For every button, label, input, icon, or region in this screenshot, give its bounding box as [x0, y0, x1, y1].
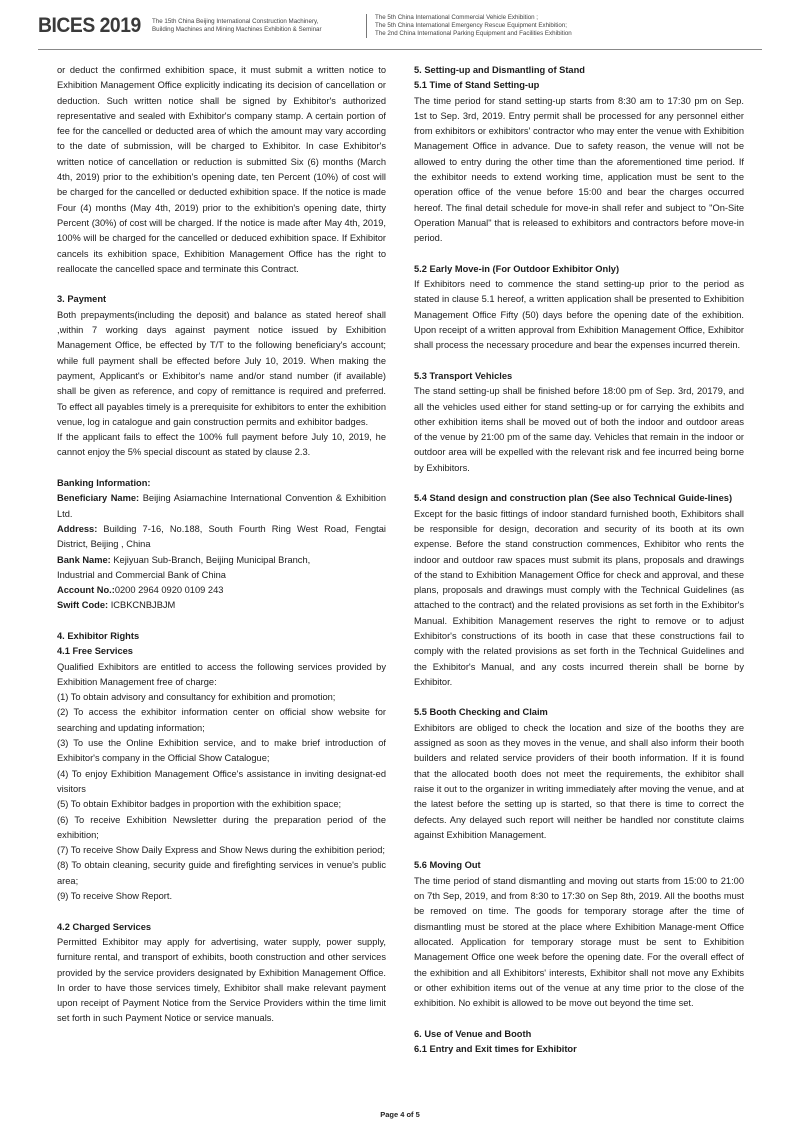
left-column: or deduct the confirmed exhibition space…: [57, 63, 386, 1027]
section-heading-payment: 3. Payment: [57, 292, 386, 307]
list-item: (7) To receive Show Daily Express and Sh…: [57, 843, 386, 858]
payment-paragraph: Both prepayments(including the deposit) …: [57, 308, 386, 430]
list-item: (3) To use the Online Exhibition service…: [57, 736, 386, 767]
section-heading-setup: 5. Setting-up and Dismantling of Stand: [414, 63, 744, 78]
paragraph-5-2: If Exhibitors need to commence the stand…: [414, 277, 744, 353]
list-item: (4) To enjoy Exhibition Management Offic…: [57, 767, 386, 798]
list-item: (8) To obtain cleaning, security guide a…: [57, 858, 386, 889]
free-services-intro: Qualified Exhibitors are entitled to acc…: [57, 660, 386, 691]
banking-heading: Banking Information:: [57, 476, 386, 491]
list-item: (9) To receive Show Report.: [57, 889, 386, 904]
subsection-heading-5-1: 5.1 Time of Stand Setting-up: [414, 78, 744, 93]
beneficiary-line: Beneficiary Name: Beijing Asiamachine In…: [57, 491, 386, 522]
list-item: (6) To receive Exhibition Newsletter dur…: [57, 813, 386, 844]
subsection-heading-6-1: 6.1 Entry and Exit times for Exhibitor: [414, 1042, 744, 1057]
right-column: 5. Setting-up and Dismantling of Stand 5…: [414, 63, 744, 1057]
bank-name-line-2: Industrial and Commercial Bank of China: [57, 568, 386, 583]
paragraph-5-1: The time period for stand setting-up sta…: [414, 94, 744, 247]
page-number: Page 4 of 5: [0, 1110, 800, 1119]
payment-discount-paragraph: If the applicant fails to effect the 100…: [57, 430, 386, 461]
list-item: (1) To obtain advisory and consultancy f…: [57, 690, 386, 705]
brand-logo: BICES 2019: [38, 14, 137, 38]
header-divider: [366, 14, 367, 38]
page-header: BICES 2019 The 15th China Beijing Intern…: [38, 12, 770, 40]
section-heading-venue: 6. Use of Venue and Booth: [414, 1027, 744, 1042]
subsection-heading-5-6: 5.6 Moving Out: [414, 858, 744, 873]
header-rule: [38, 49, 762, 50]
swift-line: Swift Code: ICBKCNBJBJM: [57, 598, 386, 613]
list-item: (5) To obtain Exhibitor badges in propor…: [57, 797, 386, 812]
address-line: Address: Building 7-16, No.188, South Fo…: [57, 522, 386, 553]
paragraph-5-6: The time period of stand dismantling and…: [414, 874, 744, 1012]
subsection-heading-5-5: 5.5 Booth Checking and Claim: [414, 705, 744, 720]
header-subtitle-right: The 5th China International Commercial V…: [375, 14, 572, 38]
cancellation-paragraph: or deduct the confirmed exhibition space…: [57, 63, 386, 277]
bank-name-line: Bank Name: Kejiyuan Sub-Branch, Beijing …: [57, 553, 386, 568]
paragraph-5-5: Exhibitors are obliged to check the loca…: [414, 721, 744, 843]
subsection-heading-5-2: 5.2 Early Move-in (For Outdoor Exhibitor…: [414, 262, 744, 277]
subsection-heading-5-3: 5.3 Transport Vehicles: [414, 369, 744, 384]
section-heading-rights: 4. Exhibitor Rights: [57, 629, 386, 644]
list-item: (2) To access the exhibitor information …: [57, 705, 386, 736]
charged-services-paragraph: Permitted Exhibitor may apply for advert…: [57, 935, 386, 1027]
paragraph-5-3: The stand setting-up shall be finished b…: [414, 384, 744, 476]
account-line: Account No.:0200 2964 0920 0109 243: [57, 583, 386, 598]
paragraph-5-4: Except for the basic fittings of indoor …: [414, 507, 744, 691]
subsection-heading-free: 4.1 Free Services: [57, 644, 386, 659]
header-subtitle-left: The 15th China Beijing International Con…: [152, 18, 362, 34]
subsection-heading-charged: 4.2 Charged Services: [57, 920, 386, 935]
subsection-heading-5-4: 5.4 Stand design and construction plan (…: [414, 491, 744, 506]
